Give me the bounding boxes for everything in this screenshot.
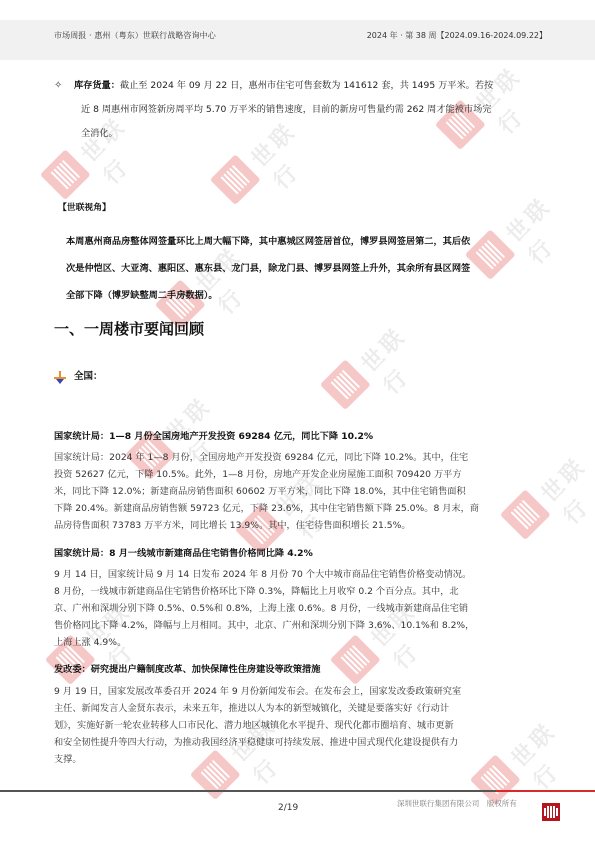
news-line: 9 月 14 日，国家统计局 9 月 14 日发布 2024 年 8 月份 70… <box>54 566 554 583</box>
news-title: 国家统计局：1—8 月份全国房地产开发投资 69284 亿元，同比下降 10.2… <box>54 428 373 442</box>
inventory-line-1: 截止至 2024 年 09 月 22 日，惠州市住宅可售套数为 141612 套… <box>120 80 493 91</box>
news-line: 京、广州和深圳分别下降 0.5%、0.5%和 0.8%，上海上涨 0.6%。8 … <box>54 600 554 617</box>
perspective-line-2: 次是仲恺区、大亚湾、惠阳区、惠东县、龙门县，除龙门县、博罗县网签上升外，其余所有… <box>66 255 550 282</box>
news-line: 上海上涨 4.9%。 <box>54 634 554 651</box>
news-line: 下降 20.4%。新建商品房销售额 59723 亿元，下降 23.6%，其中住宅… <box>54 500 554 517</box>
news-title: 国家统计局：8 月一线城市新建商品住宅销售价格同比降 4.2% <box>54 545 313 559</box>
header-report-title: 市场周报 · 惠州（粤东）世联行战略咨询中心 <box>54 30 216 41</box>
inventory-line-3: 全消化。 <box>54 122 550 146</box>
region-heading: 全国： <box>54 368 103 382</box>
news-line: 投资 52627 亿元，下降 10.5%。此外，1—8 月份，房地产开发企业房屋… <box>54 466 554 483</box>
news-line: 支撑。 <box>54 751 554 768</box>
news-body: 9 月 14 日，国家统计局 9 月 14 日发布 2024 年 8 月份 70… <box>54 566 554 651</box>
news-line: 和安全韧性提升等四大行动，为推动我国经济平稳健康可持续发展、推进中国式现代化建设… <box>54 734 554 751</box>
section-title: 一、一周楼市要闻回顾 <box>54 318 204 339</box>
news-line: 划》，实施好新一轮农业转移人口市民化、潜力地区城镇化水平提升、现代化都市圈培育、… <box>54 717 554 734</box>
news-line: 9 月 19 日，国家发展改革委召开 2024 年 9 月份新闻发布会。在发布会… <box>54 683 554 700</box>
inventory-line-2: 近 8 周惠州市网签新房周平均 5.70 万平米的销售速度，目前的新房可售量约需… <box>54 98 550 122</box>
header-week-range: 2024 年 · 第 38 周【2024.09.16-2024.09.22】 <box>367 30 547 41</box>
news-title: 发改委：研究提出户籍制度改革、加快保障性住房建设等政策措施 <box>54 661 320 675</box>
perspective-label: 【世联视角】 <box>58 200 111 213</box>
news-line: 国家统计局：2024 年 1—8 月份，全国房地产开发投资 69284 亿元，同… <box>54 449 554 466</box>
watermark-stamp-icon: 世联行 <box>311 291 438 418</box>
down-arrow-bullet-icon <box>54 369 66 382</box>
running-header: 市场周报 · 惠州（粤东）世联行战略咨询中心 2024 年 · 第 38 周【2… <box>0 20 595 60</box>
news-body: 国家统计局：2024 年 1—8 月份，全国房地产开发投资 69284 亿元，同… <box>54 449 554 534</box>
page-number: 2/19 <box>278 803 298 813</box>
news-line: 8 月份，一线城市新建商品住宅销售价格环比下降 0.3%，降幅比上月收窄 0.2… <box>54 583 554 600</box>
news-line: 品房待售面积 73783 万平方米，同比增长 13.9%。其中，住宅待售面积增长… <box>54 517 554 534</box>
perspective-line-1: 本周惠州商品房整体网签量环比上周大幅下降，其中惠城区网签居首位，博罗县网签居第二… <box>66 228 550 255</box>
perspective-line-3: 全部下降（博罗缺整周二手房数据）。 <box>66 282 550 309</box>
footer-divider-red <box>496 790 595 792</box>
copyright-notice: 深圳世联行集团有限公司 版权所有 <box>397 798 517 809</box>
inventory-lead: 库存货量： <box>74 80 120 91</box>
news-line: 售价格同比下降 4.2%，降幅与上月相同。其中，北京、广州和深圳分别下降 3.6… <box>54 617 554 634</box>
news-line: 米，同比下降 12.0%；新建商品房销售面积 60602 万平方米，同比下降 1… <box>54 483 554 500</box>
perspective-body: 本周惠州商品房整体网签量环比上周大幅下降，其中惠城区网签居首位，博罗县网签居第二… <box>66 228 550 309</box>
inventory-paragraph: ✧库存货量：截止至 2024 年 09 月 22 日，惠州市住宅可售套数为 14… <box>54 74 550 146</box>
diamond-bullet-icon: ✧ <box>54 74 74 98</box>
company-logo-icon <box>542 803 560 821</box>
footer-divider-dark <box>0 790 496 792</box>
region-label: 全国： <box>74 368 103 382</box>
news-line: 主任、新闻发言人金贤东表示，未来五年，推进以人为本的新型城镇化，关键是要落实好《… <box>54 700 554 717</box>
news-body: 9 月 19 日，国家发展改革委召开 2024 年 9 月份新闻发布会。在发布会… <box>54 683 554 768</box>
